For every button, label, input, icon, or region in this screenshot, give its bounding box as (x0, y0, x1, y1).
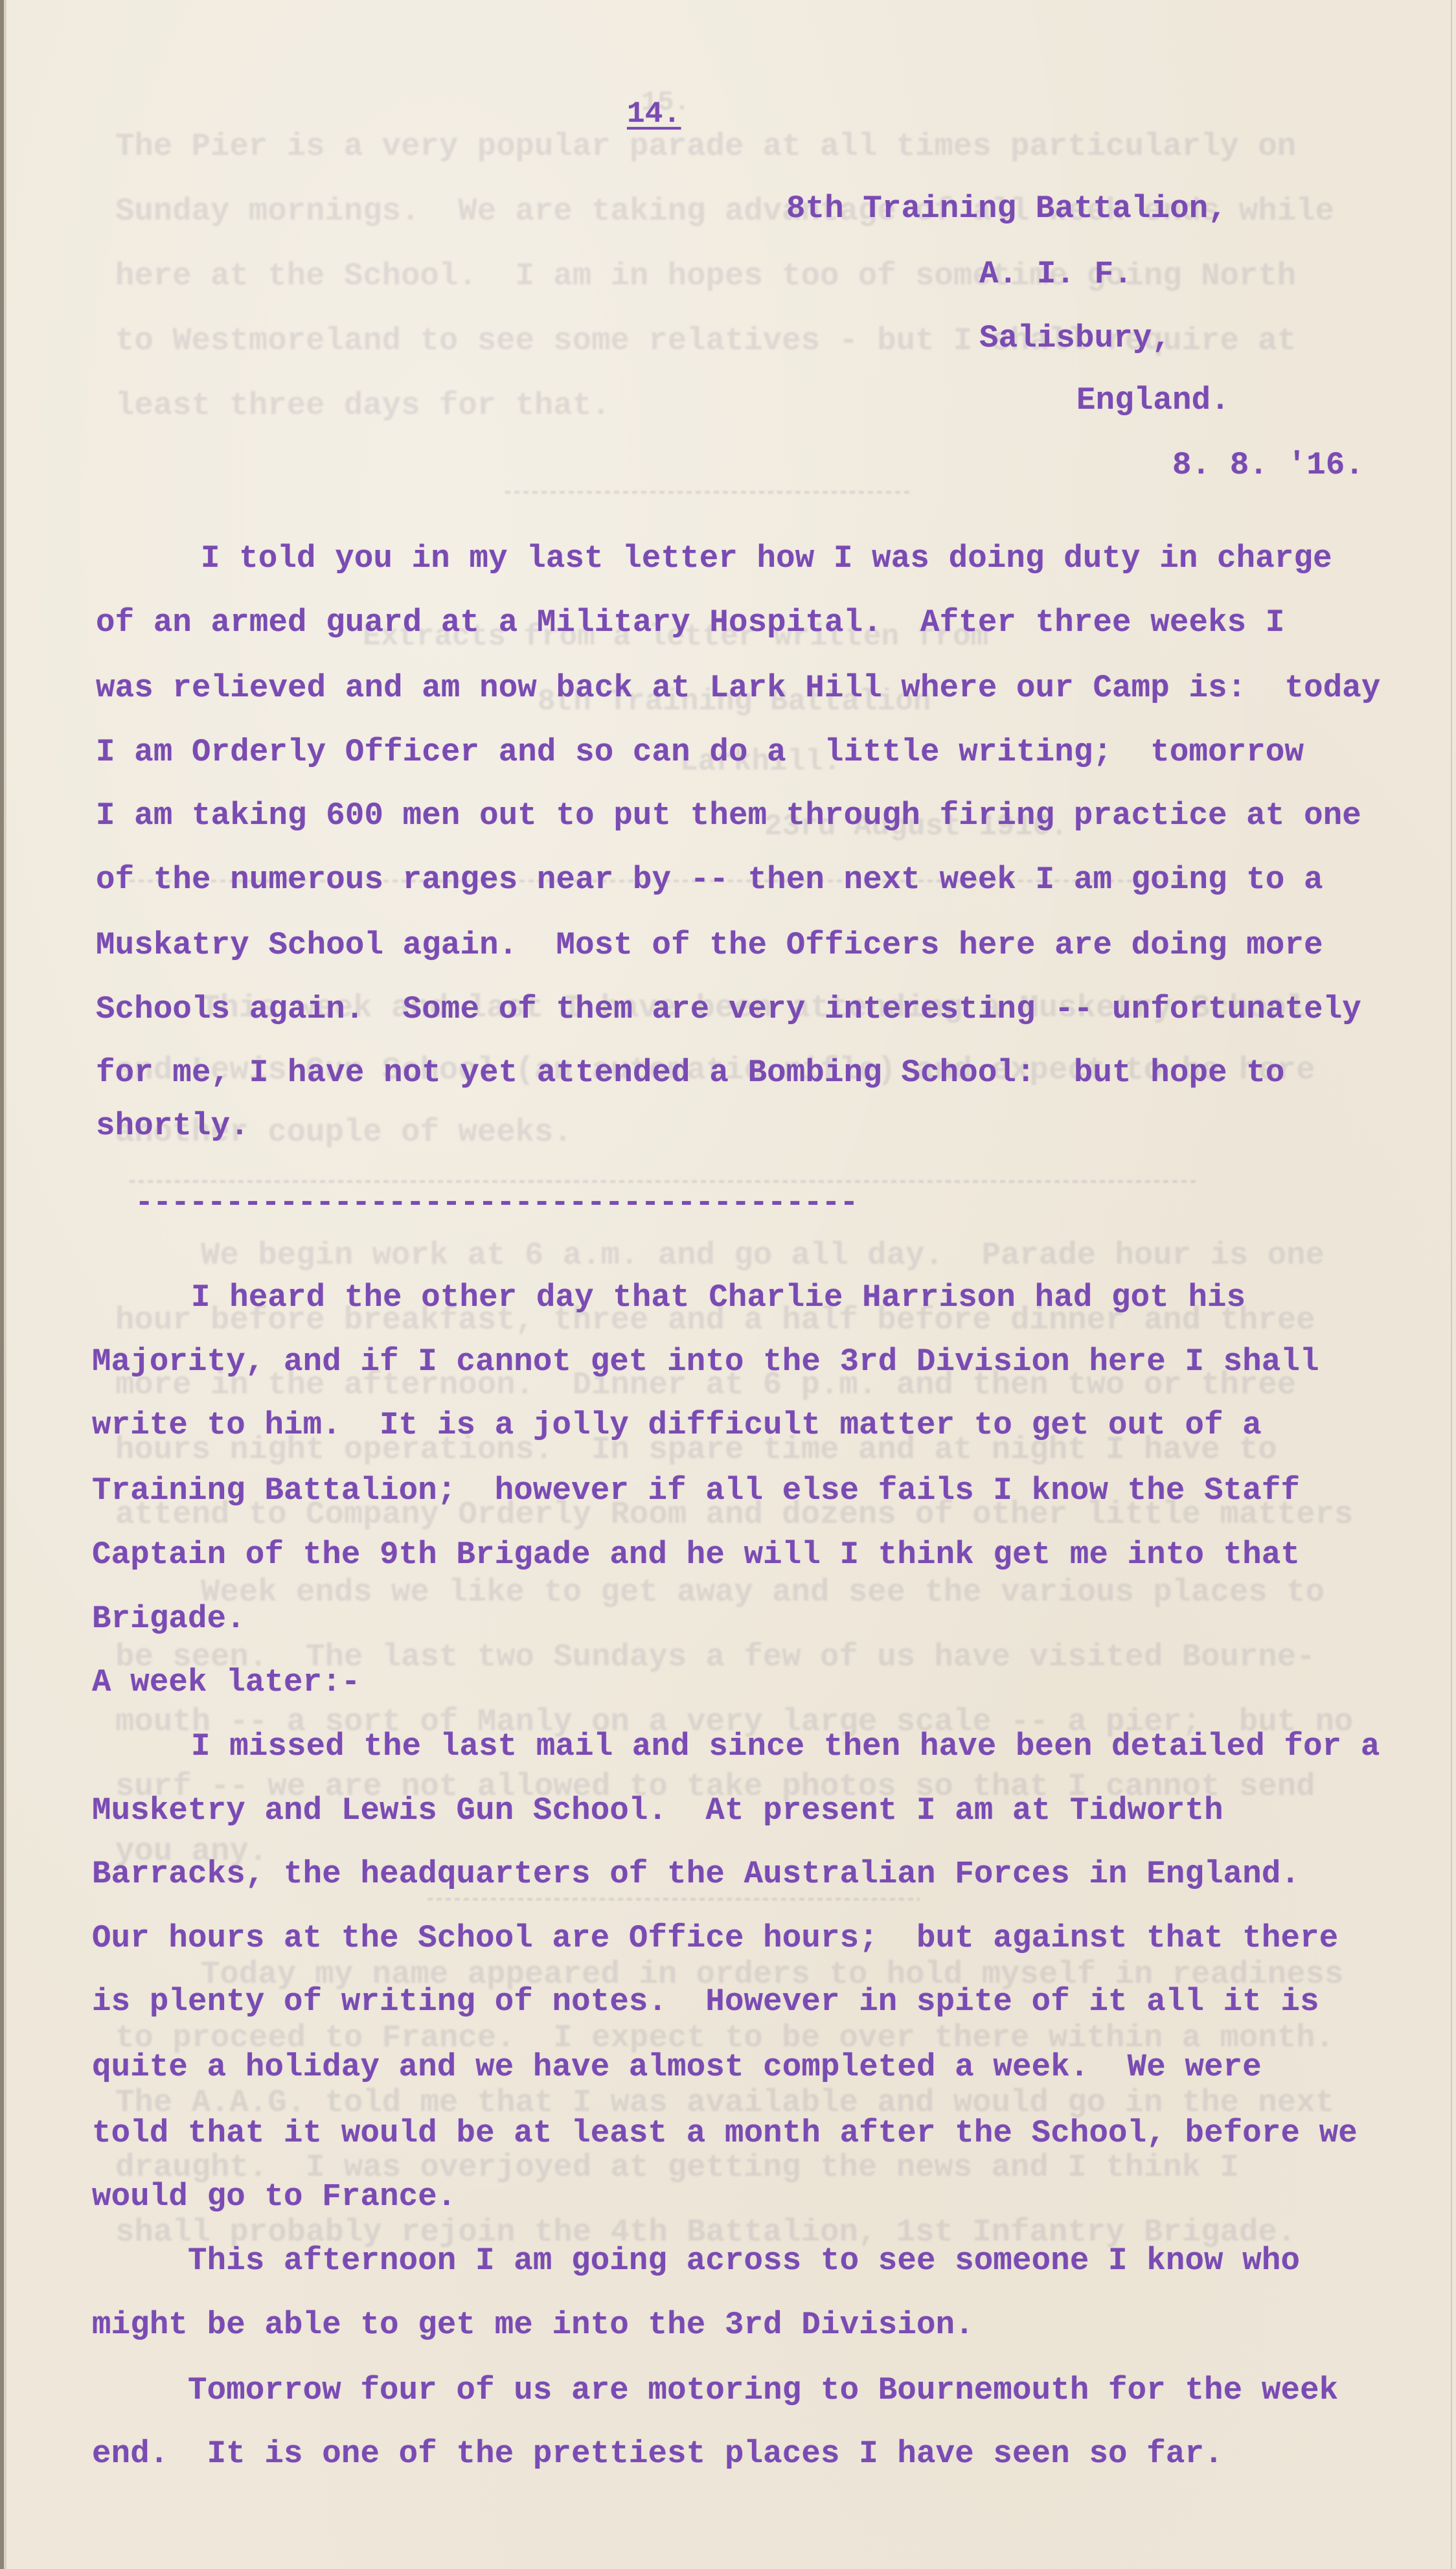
body-line: I told you in my last letter how I was d… (201, 540, 1332, 577)
bleed-line: The Pier is a very popular parade at all… (115, 128, 1296, 165)
body-line: might be able to get me into the 3rd Div… (92, 2307, 974, 2343)
body-line: of an armed guard at a Military Hospital… (96, 604, 1285, 641)
body-line: for me, I have not yet attended a Bombin… (96, 1055, 1285, 1091)
body-line: of the numerous ranges near by -- then n… (96, 862, 1323, 898)
body-line: was relieved and am now back at Lark Hil… (96, 670, 1381, 706)
section-separator: ---------------------------------------- (135, 1193, 858, 1213)
body-line: I am Orderly Officer and so can do a lit… (96, 734, 1304, 770)
body-line: I missed the last mail and since then ha… (191, 1728, 1380, 1764)
body-line: Our hours at the School are Office hours… (92, 1920, 1338, 1956)
bleed-line: Week ends we like to get away and see th… (201, 1574, 1325, 1610)
page-left-edge-shadow (4, 0, 6, 2569)
bleed-separator (130, 1180, 1198, 1183)
body-line: told that it would be at least a month a… (92, 2115, 1358, 2151)
header-force: A. I. F. (979, 256, 1133, 292)
body-line: Training Battalion; however if all else … (92, 1472, 1300, 1509)
body-line: write to him. It is a jolly difficult ma… (92, 1407, 1262, 1443)
body-line: is plenty of writing of notes. However i… (92, 1983, 1319, 2020)
page-right-edge (1451, 0, 1452, 2569)
body-line: Captain of the 9th Brigade and he will I… (92, 1536, 1300, 1573)
body-line: end. It is one of the prettiest places I… (92, 2436, 1223, 2472)
header-unit: 8th Training Battalion, (786, 190, 1227, 227)
header-country: England. (1076, 382, 1230, 418)
body-line: Musketry and Lewis Gun School. At presen… (92, 1792, 1223, 1829)
body-line: quite a holiday and we have almost compl… (92, 2049, 1262, 2085)
body-line: Muskatry School again. Most of the Offic… (96, 927, 1323, 963)
body-line: Brigade. (92, 1601, 245, 1637)
body-line: Tomorrow four of us are motoring to Bour… (188, 2372, 1338, 2408)
bleed-separator (505, 491, 913, 494)
body-line: I am taking 600 men out to put them thro… (96, 797, 1361, 834)
letter-page: 15. The Pier is a very popular parade at… (0, 0, 1456, 2569)
postscript-heading: A week later:- (92, 1664, 360, 1700)
body-line: shortly. (96, 1108, 249, 1144)
body-line: Barracks, the headquarters of the Austra… (92, 1856, 1300, 1892)
bleed-line: least three days for that. (115, 387, 611, 424)
body-line: Schools again. Some of them are very int… (96, 991, 1361, 1027)
body-line: Majority, and if I cannot get into the 3… (92, 1343, 1319, 1380)
body-line: This afternoon I am going across to see … (188, 2243, 1300, 2279)
bleed-line: We begin work at 6 a.m. and go all day. … (201, 1237, 1325, 1273)
page-number: 14. (627, 96, 681, 132)
header-date: 8. 8. '16. (1172, 447, 1364, 483)
body-line: I heard the other day that Charlie Harri… (191, 1279, 1246, 1316)
body-line: would go to France. (92, 2178, 457, 2215)
bleed-separator (427, 1898, 920, 1901)
header-town: Salisbury, (979, 320, 1171, 356)
